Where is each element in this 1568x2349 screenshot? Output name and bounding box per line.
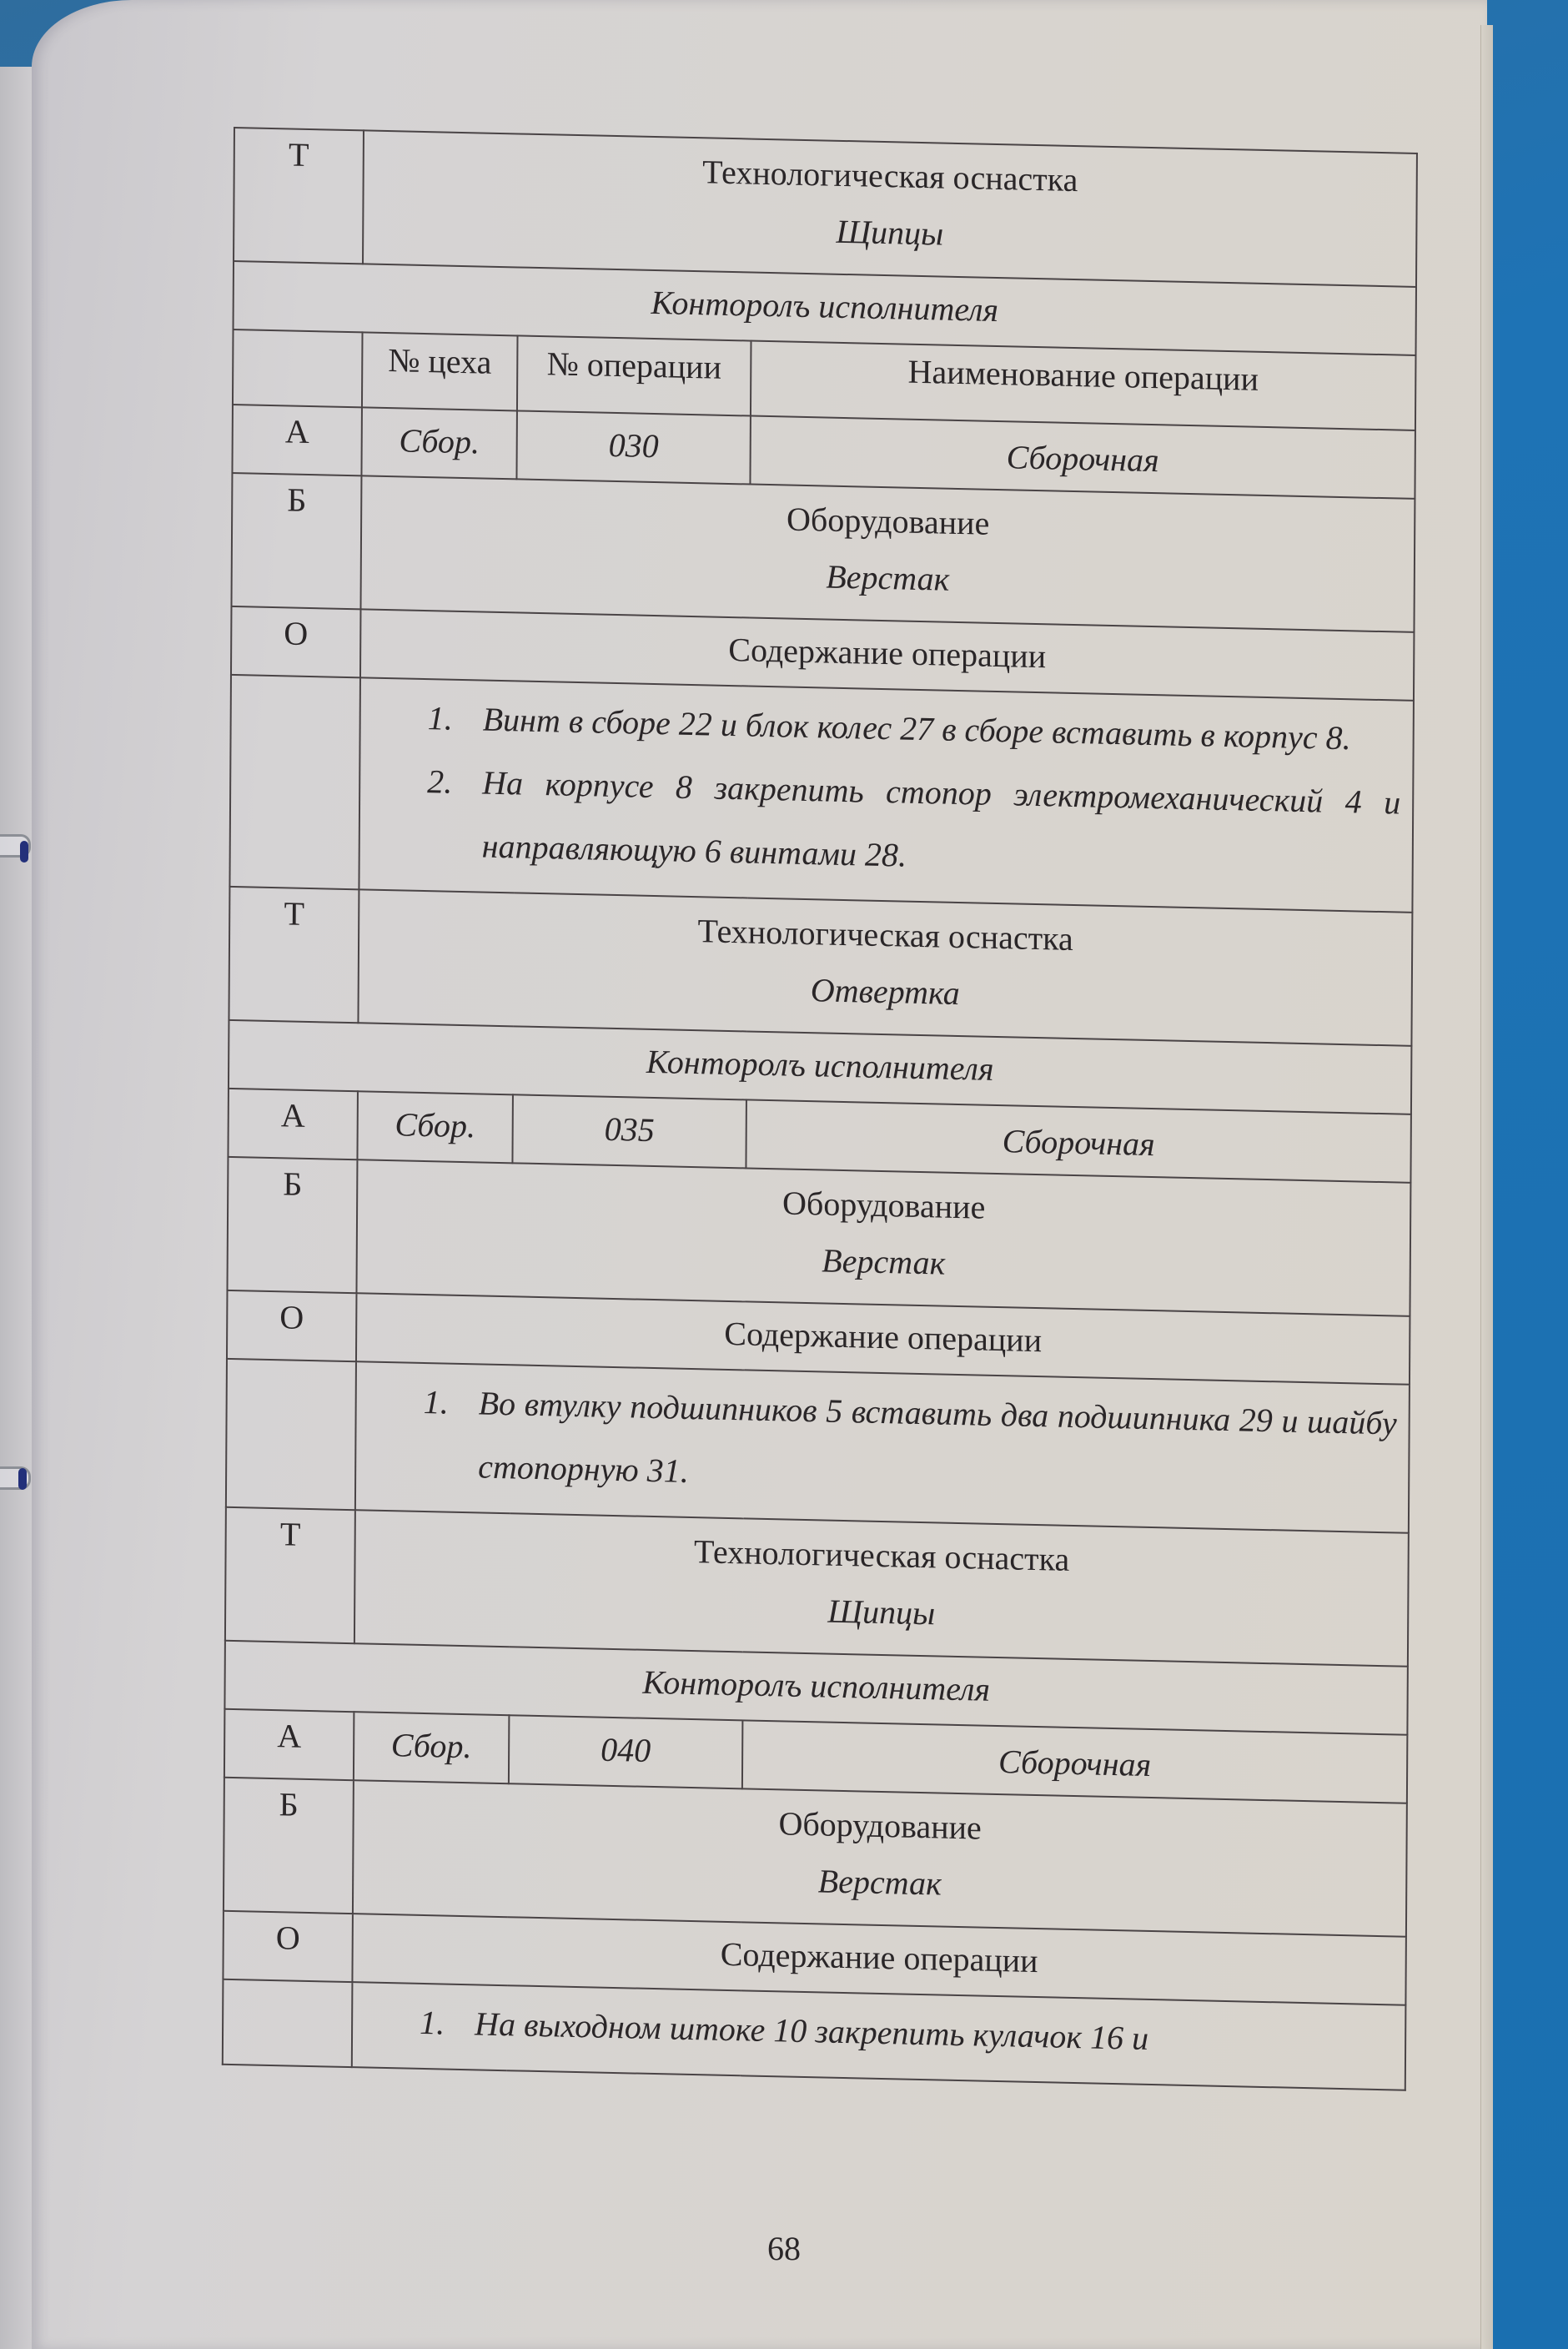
equipment-cell: ОборудованиеВерстак (353, 1780, 1407, 1937)
table-row-equipment: БОборудованиеВерстак (224, 1778, 1407, 1937)
column-header-shop: № цеха (362, 332, 518, 410)
column-header-op-name: Наименование операции (751, 341, 1416, 430)
row-code: А (232, 405, 361, 475)
page-stack-edge (1480, 25, 1493, 2349)
row-code-empty (229, 675, 360, 889)
steps-cell: 1.Винт в сборе 22 и блок колес 27 в сбор… (359, 677, 1414, 913)
operation-number: 035 (512, 1094, 746, 1168)
row-code: О (223, 1911, 352, 1982)
row-code: О (231, 606, 360, 677)
row-code-empty (226, 1359, 356, 1510)
step-text: На корпусе 8 закрепить стопор электромех… (482, 764, 1401, 874)
row-code: Т (234, 128, 364, 264)
shop-number: Сбор. (361, 407, 516, 479)
step-number: 1. (423, 1371, 448, 1435)
tooling-cell: Технологическая оснасткаЩипцы (363, 130, 1417, 287)
row-code: Б (224, 1778, 354, 1914)
row-code-empty (223, 1979, 353, 2067)
steps-list: 1.Во втулку подшипников 5 вставить два п… (356, 1362, 1409, 1532)
process-card-table: ТТехнологическая оснасткаЩипцыКонторолъ … (222, 127, 1418, 2091)
row-code: Т (229, 887, 359, 1023)
equipment-cell: ОборудованиеВерстак (360, 475, 1415, 632)
row-code: Б (231, 473, 361, 609)
facing-page-edge (0, 67, 36, 2349)
row-code: О (227, 1290, 356, 1361)
table-row-tooling: ТТехнологическая оснасткаЩипцы (234, 128, 1417, 287)
steps-cell: 1.Во втулку подшипников 5 вставить два п… (355, 1361, 1410, 1533)
step-item: 1.На выходном штоке 10 закрепить кулачок… (353, 1989, 1393, 2075)
column-header-op-number: № операции (517, 335, 751, 415)
table-row-steps: 1.Во втулку подшипников 5 вставить два п… (226, 1359, 1410, 1533)
operation-number: 040 (509, 1715, 742, 1788)
step-number: 1. (427, 687, 452, 751)
page-number: 68 (751, 2229, 817, 2268)
row-code: Т (225, 1507, 355, 1643)
punch-hole-icon (18, 1468, 27, 1490)
row-code (233, 329, 363, 407)
step-text: Винт в сборе 22 и блок колес 27 в сборе … (483, 701, 1351, 757)
punch-hole-icon (20, 841, 28, 863)
row-code: Б (227, 1157, 357, 1293)
step-text: На выходном штоке 10 закрепить кулачок 1… (475, 2004, 1148, 2057)
step-number: 1. (420, 1991, 445, 2055)
row-code: А (224, 1709, 354, 1780)
tooling-cell: Технологическая оснасткаЩипцы (354, 1510, 1409, 1667)
table-row-tooling: ТТехнологическая оснасткаЩипцы (225, 1507, 1409, 1667)
row-code: А (228, 1089, 357, 1159)
step-number: 2. (427, 750, 452, 814)
equipment-cell: ОборудованиеВерстак (356, 1159, 1410, 1316)
shop-number: Сбор. (354, 1712, 509, 1783)
step-item: 2.На корпусе 8 закрепить стопор электром… (360, 748, 1401, 898)
table-row-tooling: ТТехнологическая оснасткаОтвертка (229, 887, 1412, 1046)
step-item: 1.Во втулку подшипников 5 вставить два п… (356, 1369, 1397, 1518)
table-row-equipment: БОборудованиеВерстак (227, 1157, 1410, 1316)
tooling-cell: Технологическая оснасткаОтвертка (358, 889, 1412, 1046)
shop-number: Сбор. (357, 1091, 512, 1163)
operation-number: 030 (516, 410, 750, 484)
table-row-equipment: БОборудованиеВерстак (231, 473, 1415, 632)
table-row-steps: 1.Винт в сборе 22 и блок колес 27 в сбор… (229, 675, 1414, 913)
steps-list: 1.Винт в сборе 22 и блок колес 27 в сбор… (359, 678, 1413, 911)
step-text: Во втулку подшипников 5 вставить два под… (478, 1384, 1397, 1489)
